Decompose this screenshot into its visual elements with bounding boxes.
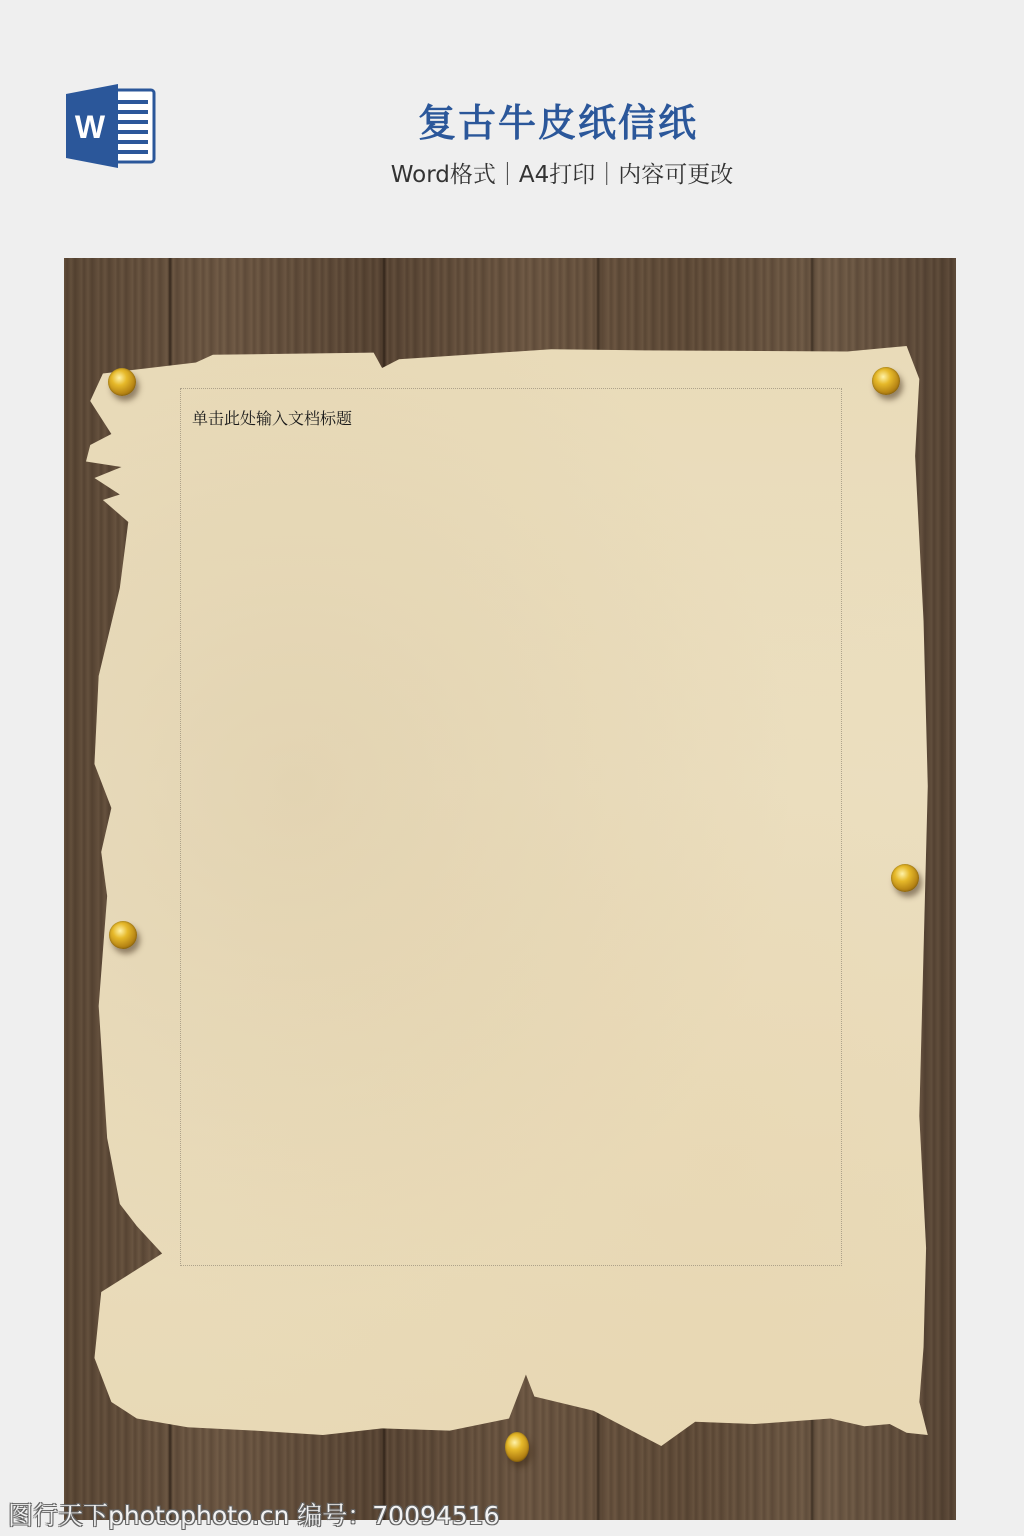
thumbtack-icon <box>505 1432 529 1462</box>
document-title-placeholder[interactable]: 单击此处输入文档标题 <box>192 406 352 429</box>
watermark-text: 图行天下photophoto.cn 编号：70094516 <box>8 1496 500 1532</box>
thumbtack-icon <box>108 368 136 396</box>
page-subtitle: Word格式｜A4打印｜内容可更改 <box>0 156 1024 189</box>
thumbtack-icon <box>872 367 900 395</box>
letter-paper-preview: 单击此处输入文档标题 <box>64 258 956 1520</box>
page-title: 复古牛皮纸信纸 <box>0 92 1024 147</box>
thumbtack-icon <box>891 864 919 892</box>
text-margin-frame <box>180 388 842 1266</box>
thumbtack-icon <box>109 921 137 949</box>
